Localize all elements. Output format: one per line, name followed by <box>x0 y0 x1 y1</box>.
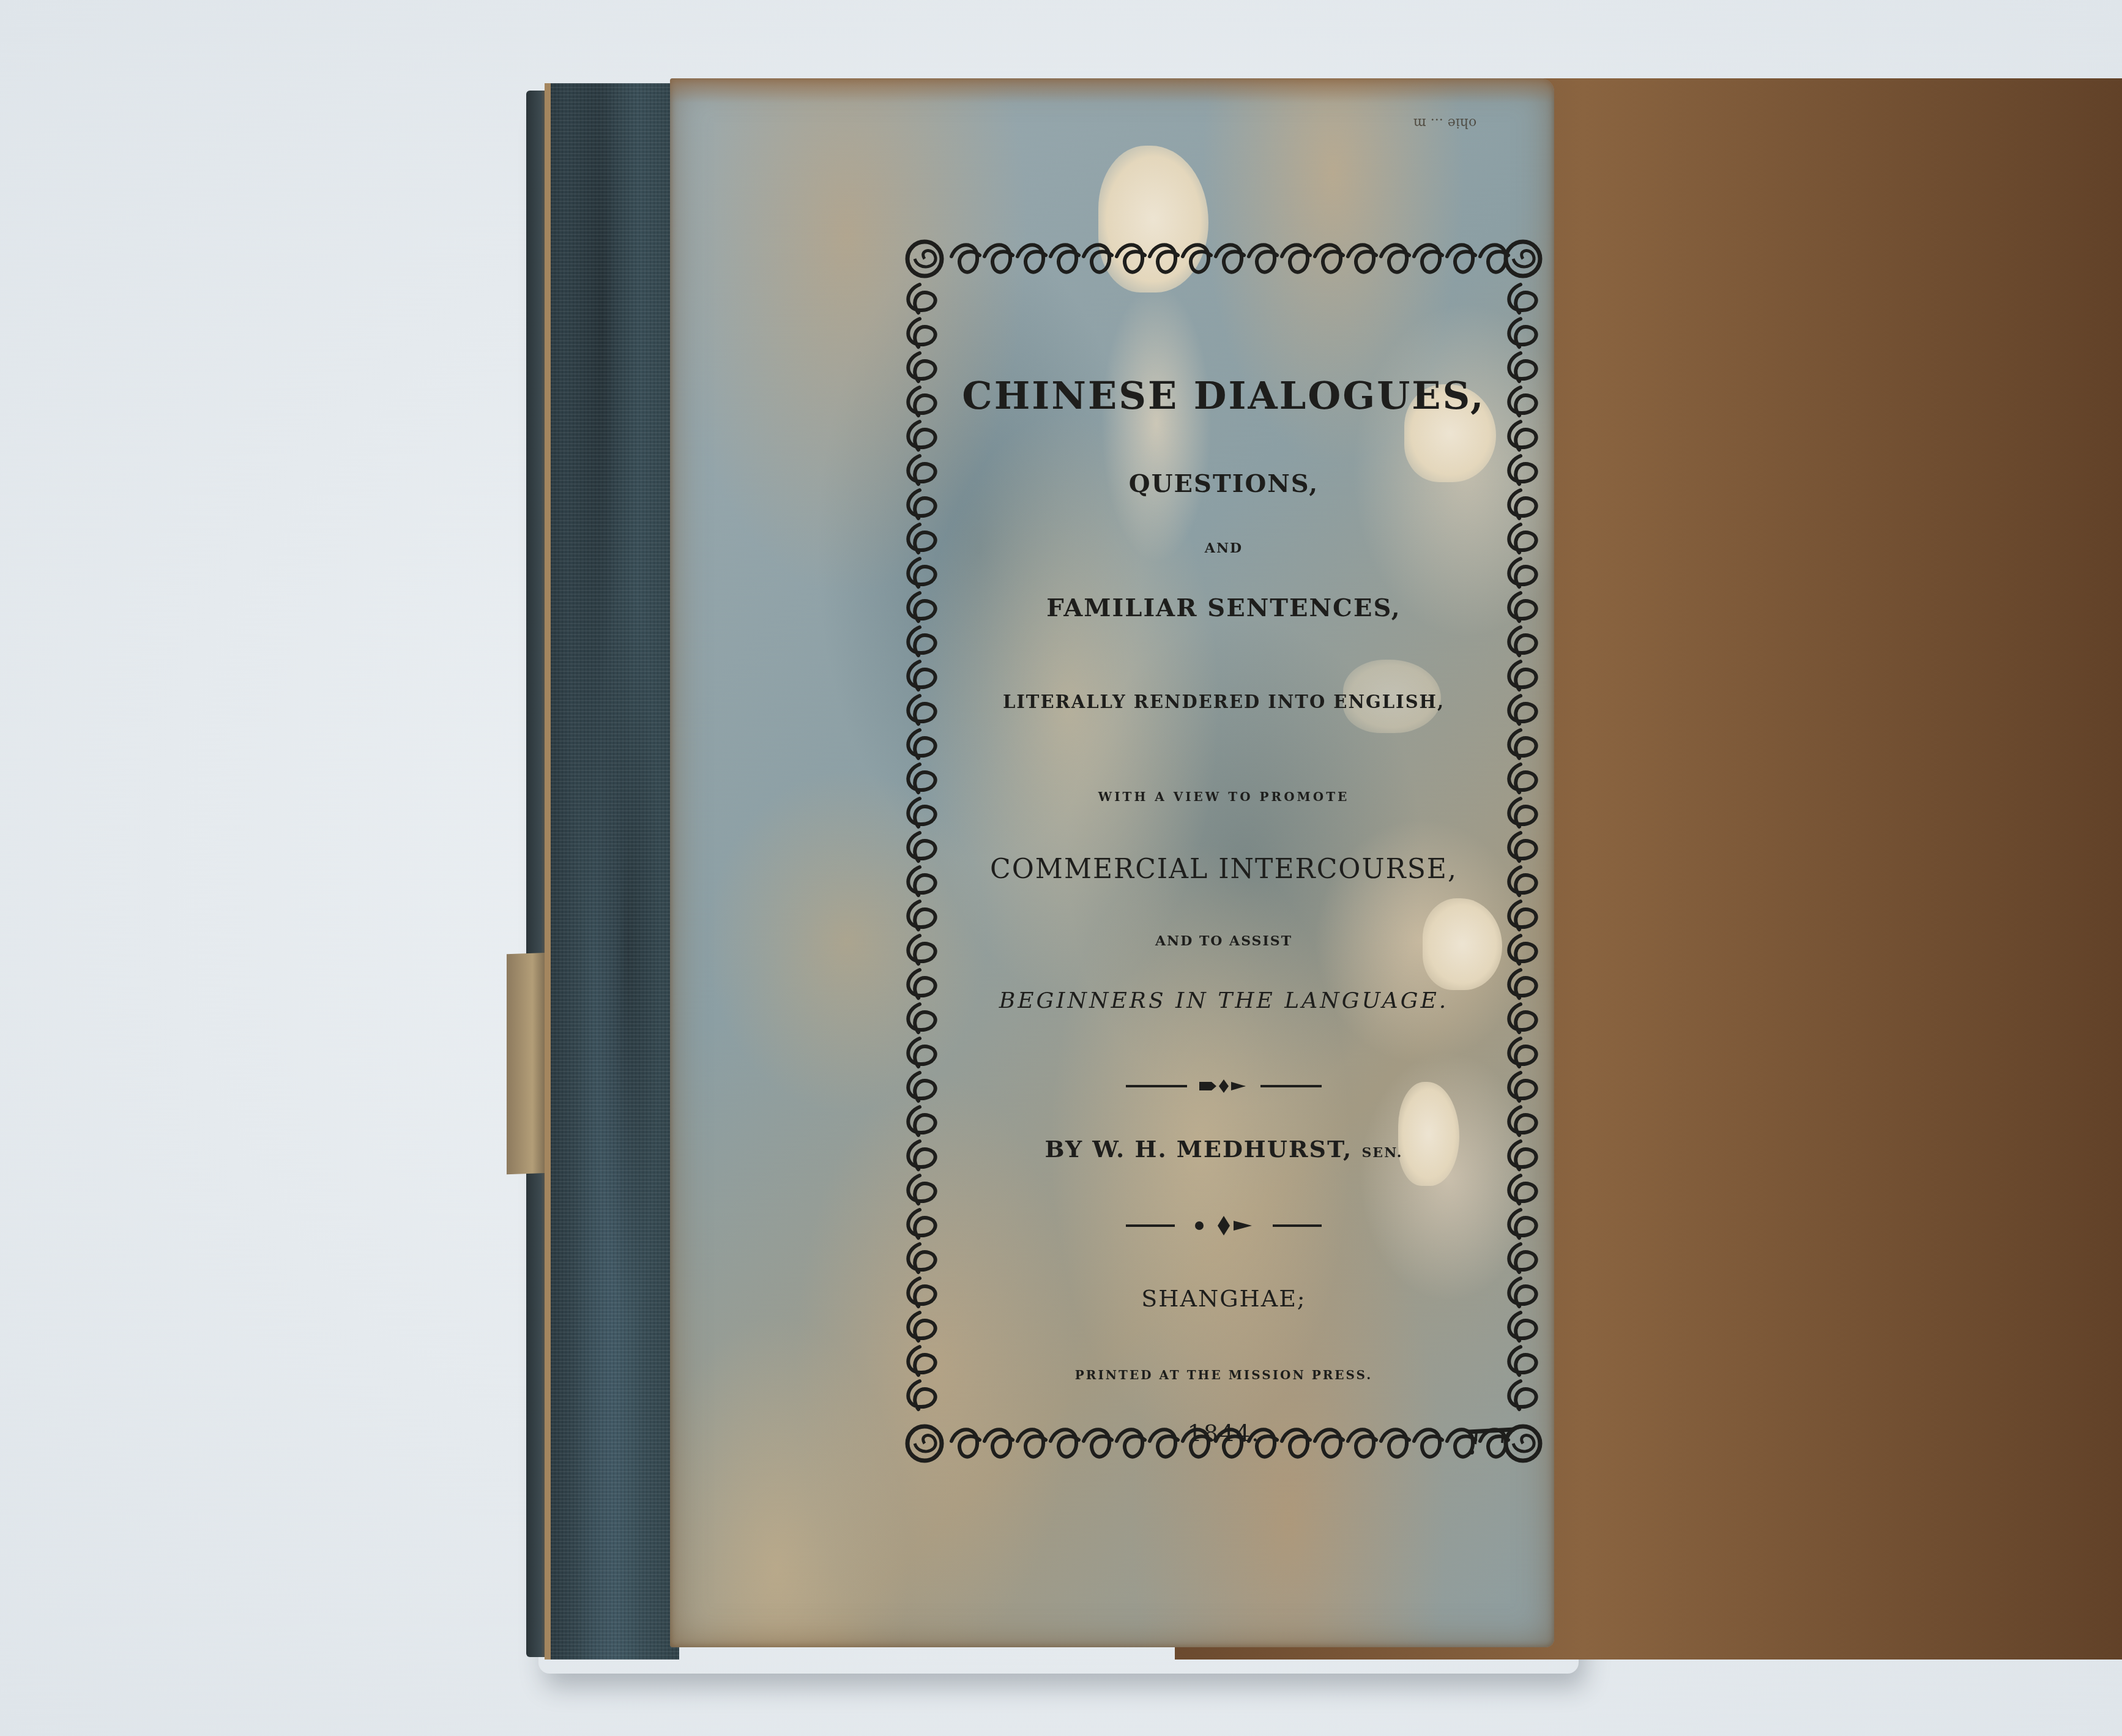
cloth-spine <box>545 83 679 1660</box>
loose-endpaper <box>507 953 549 1174</box>
decorative-rule-icon <box>1126 1215 1322 1237</box>
board-wear-edge <box>670 78 1554 103</box>
front-cover-board: ohie ... m <box>670 78 1554 1647</box>
printer-line: PRINTED AT THE MISSION PRESS. <box>903 1368 1545 1382</box>
subtitle-familiar-sentences: FAMILIAR SENTENCES, <box>903 594 1545 622</box>
subtitle-with-view: WITH A VIEW TO PROMOTE <box>903 789 1545 804</box>
ink-mark-icon <box>1465 1425 1521 1461</box>
subtitle-questions: QUESTIONS, <box>903 469 1545 498</box>
decorative-rule-icon <box>1126 1077 1322 1095</box>
subtitle-commercial-intercourse: COMMERCIAL INTERCOURSE, <box>903 854 1545 885</box>
subtitle-literally-rendered: LITERALLY RENDERED INTO ENGLISH, <box>903 691 1545 712</box>
subtitle-and-to-assist: AND TO ASSIST <box>903 933 1545 949</box>
author-suffix: SEN. <box>1361 1145 1402 1161</box>
book: ohie ... m <box>526 78 1566 1660</box>
book-title: CHINESE DIALOGUES, <box>903 373 1545 418</box>
place-of-publication: SHANGHAE; <box>903 1285 1545 1312</box>
show-through-text: ohie ... m <box>1413 115 1476 130</box>
author-line: BY W. H. MEDHURST, SEN. <box>903 1135 1545 1163</box>
author-name: BY W. H. MEDHURST, <box>1044 1135 1352 1163</box>
subtitle-beginners: BEGINNERS IN THE LANGUAGE. <box>903 988 1545 1013</box>
publication-year: 1844. <box>903 1420 1545 1447</box>
subtitle-and: AND <box>903 540 1545 556</box>
cover-title-block: CHINESE DIALOGUES, QUESTIONS, AND FAMILI… <box>903 236 1545 1466</box>
